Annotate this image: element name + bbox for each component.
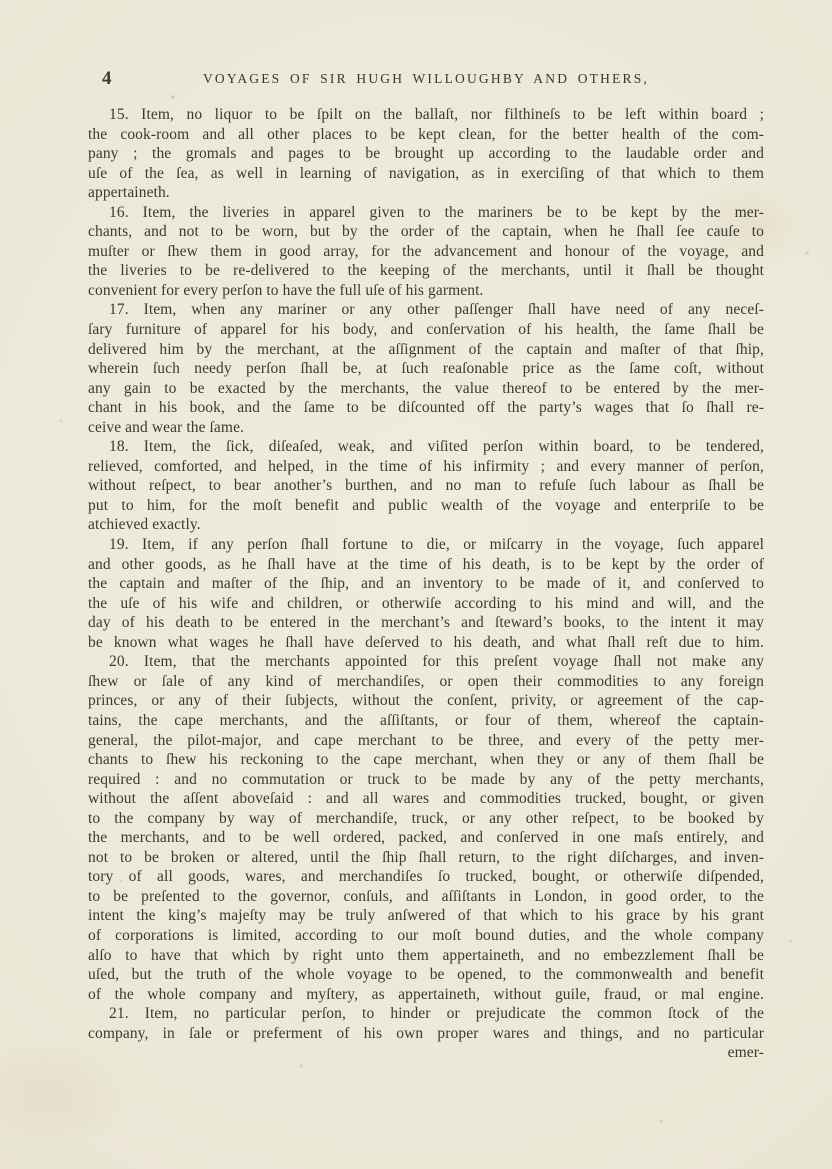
text-line: be known what wages he ſhall have deſerv…: [88, 633, 764, 653]
text-line: tory of all goods, wares, and merchandiſ…: [88, 867, 764, 887]
text-line: the cook-room and all other places to be…: [88, 125, 764, 145]
text-line: of the whole company and myſtery, as app…: [88, 985, 764, 1005]
text-line: and other goods, as he ſhall have at the…: [88, 555, 764, 575]
text-line: chant in his book, and the ſame to be di…: [88, 398, 764, 418]
text-line: of corporations is limited, according to…: [88, 926, 764, 946]
paragraph: 19. Item, if any perſon ſhall fortune to…: [88, 535, 764, 652]
text-line: the liveries to be re-delivered to the k…: [88, 261, 764, 281]
text-line: atchieved exactly.: [88, 515, 764, 535]
text-line: wherein ſuch needy perſon ſhall be, at ſ…: [88, 359, 764, 379]
text-line: ſhew or ſale of any kind of merchandiſes…: [88, 672, 764, 692]
text-line: general, the pilot-major, and cape merch…: [88, 731, 764, 751]
text-line: the merchants, and to be well ordered, p…: [88, 828, 764, 848]
scanned-book-page: 4 VOYAGES OF SIR HUGH WILLOUGHBY AND OTH…: [0, 0, 832, 1169]
text-line: 17. Item, when any mariner or any other …: [88, 300, 764, 320]
text-line: the uſe of his wife and children, or oth…: [88, 594, 764, 614]
text-line: company, in ſale or preferment of his ow…: [88, 1024, 764, 1044]
text-line: 20. Item, that the merchants appointed f…: [88, 652, 764, 672]
paragraph: 18. Item, the ſick, diſeaſed, weak, and …: [88, 437, 764, 535]
paragraph: 20. Item, that the merchants appointed f…: [88, 652, 764, 1004]
text-line: without the aſſent aboveſaid : and all w…: [88, 789, 764, 809]
text-line: pany ; the gromals and pages to be broug…: [88, 144, 764, 164]
paragraph: 15. Item, no liquor to be ſpilt on the b…: [88, 105, 764, 203]
text-line: not to be broken or altered, until the ſ…: [88, 848, 764, 868]
catchword-row: emer-: [88, 1043, 764, 1063]
text-line: to be preſented to the governor, conſuls…: [88, 887, 764, 907]
text-line: put to him, for the moſt benefit and pub…: [88, 496, 764, 516]
text-line: to the company by way of merchandiſe, tr…: [88, 809, 764, 829]
page-content: 4 VOYAGES OF SIR HUGH WILLOUGHBY AND OTH…: [88, 66, 764, 1063]
text-line: the captain and maſter of the ſhip, and …: [88, 574, 764, 594]
text-line: 18. Item, the ſick, diſeaſed, weak, and …: [88, 437, 764, 457]
paragraph: 16. Item, the liveries in apparel given …: [88, 203, 764, 301]
text-line: intent the king’s majeſty may be truly a…: [88, 906, 764, 926]
text-line: chants, and not to be worn, but by the o…: [88, 222, 764, 242]
text-line: chants to ſhew his reckoning to the cape…: [88, 750, 764, 770]
text-line: 19. Item, if any perſon ſhall fortune to…: [88, 535, 764, 555]
text-line: relieved, comforted, and helped, in the …: [88, 457, 764, 477]
text-line: required : and no commutation or truck t…: [88, 770, 764, 790]
paragraph: 21. Item, no particular perſon, to hinde…: [88, 1004, 764, 1043]
text-line: appertaineth.: [88, 183, 764, 203]
text-line: princes, or any of their ſubjects, witho…: [88, 691, 764, 711]
running-header: VOYAGES OF SIR HUGH WILLOUGHBY AND OTHER…: [88, 66, 764, 87]
text-line: convenient for every perſon to have the …: [88, 281, 764, 301]
page-number: 4: [102, 68, 112, 90]
text-line: any gain to be exacted by the merchants,…: [88, 379, 764, 399]
text-line: ceive and wear the ſame.: [88, 418, 764, 438]
text-line: 15. Item, no liquor to be ſpilt on the b…: [88, 105, 764, 125]
text-line: tains, the cape merchants, and the aſſiſ…: [88, 711, 764, 731]
text-line: ſary furniture of apparel for his body, …: [88, 320, 764, 340]
text-line: alſo to have that which by right unto th…: [88, 946, 764, 966]
text-line: uſed, but the truth of the whole voyage …: [88, 965, 764, 985]
text-line: without reſpect, to bear another’s burth…: [88, 476, 764, 496]
page-header: 4 VOYAGES OF SIR HUGH WILLOUGHBY AND OTH…: [88, 66, 764, 94]
paragraph: 17. Item, when any mariner or any other …: [88, 300, 764, 437]
paper-speckles: [0, 0, 2, 2]
catchword: emer-: [728, 1044, 764, 1061]
text-line: muſter or ſhew them in good array, for t…: [88, 242, 764, 262]
text-line: 21. Item, no particular perſon, to hinde…: [88, 1004, 764, 1024]
text-line: delivered him by the merchant, at the aſ…: [88, 340, 764, 360]
text-line: day of his death to be entered in the me…: [88, 613, 764, 633]
body-text: 15. Item, no liquor to be ſpilt on the b…: [88, 105, 764, 1043]
text-line: 16. Item, the liveries in apparel given …: [88, 203, 764, 223]
text-line: uſe of the ſea, as well in learning of n…: [88, 164, 764, 184]
